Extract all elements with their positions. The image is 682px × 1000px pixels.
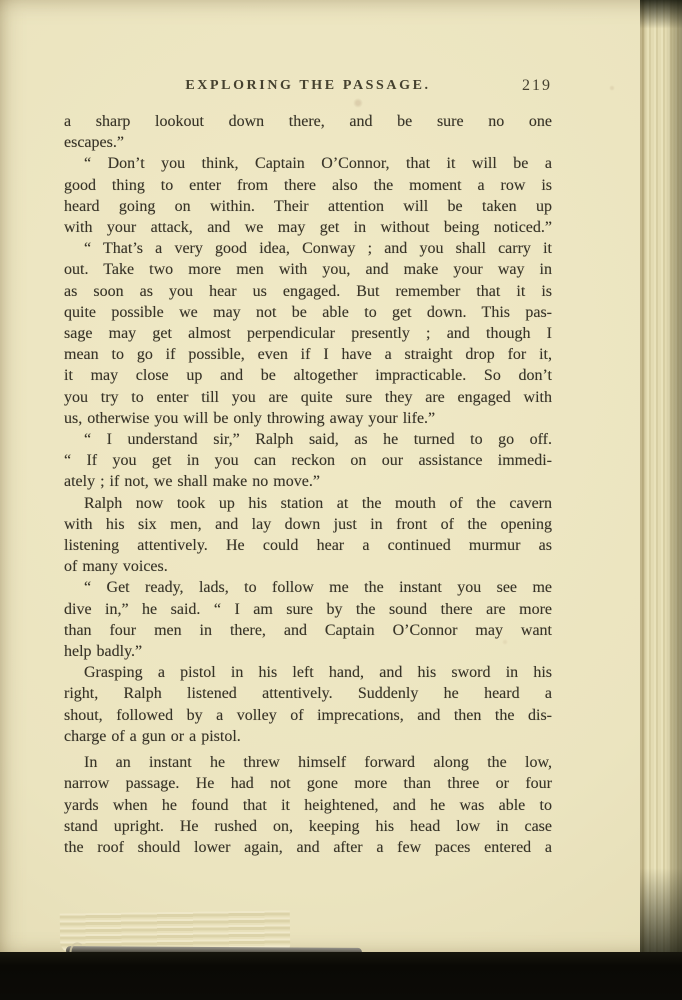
page-number: 219 (522, 77, 552, 95)
page-text: a sharp lookout down there, and be sure … (64, 111, 552, 858)
page-title: EXPLORING THE PASSAGE. (64, 78, 552, 94)
text-line: “ That’s a very good idea, Conway ; and … (64, 238, 552, 259)
text-line: with his six men, and lay down just in f… (64, 514, 552, 535)
page-text-block: EXPLORING THE PASSAGE. 219 a sharp looko… (64, 78, 552, 858)
text-line: the roof should lower again, and after a… (64, 837, 552, 858)
book-page: EXPLORING THE PASSAGE. 219 a sharp looko… (0, 0, 682, 954)
text-line: escapes.” (64, 132, 552, 153)
book-cover (0, 952, 682, 1000)
text-line: good thing to enter from there also the … (64, 175, 552, 196)
book-scan: EXPLORING THE PASSAGE. 219 a sharp looko… (0, 0, 682, 1000)
text-line: with your attack, and we may get in with… (64, 217, 552, 238)
text-line: listening attentively. He could hear a c… (64, 535, 552, 556)
text-line: mean to go if possible, even if I have a… (64, 344, 552, 365)
text-line: charge of a gun or a pistol. (64, 726, 552, 747)
text-line: Grasping a pistol in his left hand, and … (64, 662, 552, 683)
text-line: of many voices. (64, 556, 552, 577)
text-line: sage may get almost perpendicular presen… (64, 323, 552, 344)
text-line: stand upright. He rushed on, keeping his… (64, 816, 552, 837)
running-header: EXPLORING THE PASSAGE. 219 (64, 78, 552, 98)
text-line: right, Ralph listened attentively. Sudde… (64, 683, 552, 704)
text-line: a sharp lookout down there, and be sure … (64, 111, 552, 132)
text-line: “ Don’t you think, Captain O’Connor, tha… (64, 153, 552, 174)
text-line: “ Get ready, lads, to follow me the inst… (64, 577, 552, 598)
text-line: Ralph now took up his station at the mou… (64, 493, 552, 514)
text-line: as soon as you hear us engaged. But reme… (64, 281, 552, 302)
text-line: In an instant he threw himself forward a… (64, 752, 552, 773)
text-line: “ I understand sir,” Ralph said, as he t… (64, 429, 552, 450)
text-line: us, otherwise you will be only throwing … (64, 408, 552, 429)
text-line: narrow passage. He had not gone more tha… (64, 773, 552, 794)
page-edges-right (640, 0, 682, 954)
text-line: help badly.” (64, 641, 552, 662)
text-line: than four men in there, and Captain O’Co… (64, 620, 552, 641)
text-line: shout, followed by a volley of imprecati… (64, 705, 552, 726)
text-line: heard going on within. Their attention w… (64, 196, 552, 217)
text-line: it may close up and be altogether imprac… (64, 365, 552, 386)
text-line: ately ; if not, we shall make no move.” (64, 471, 552, 492)
text-line: yards when he found that it heightened, … (64, 795, 552, 816)
text-line: out. Take two more men with you, and mak… (64, 259, 552, 280)
text-line: quite possible we may not be able to get… (64, 302, 552, 323)
text-line: “ If you get in you can reckon on our as… (64, 450, 552, 471)
text-line: you try to enter till you are quite sure… (64, 387, 552, 408)
text-line: dive in,” he said. “ I am sure by the so… (64, 599, 552, 620)
